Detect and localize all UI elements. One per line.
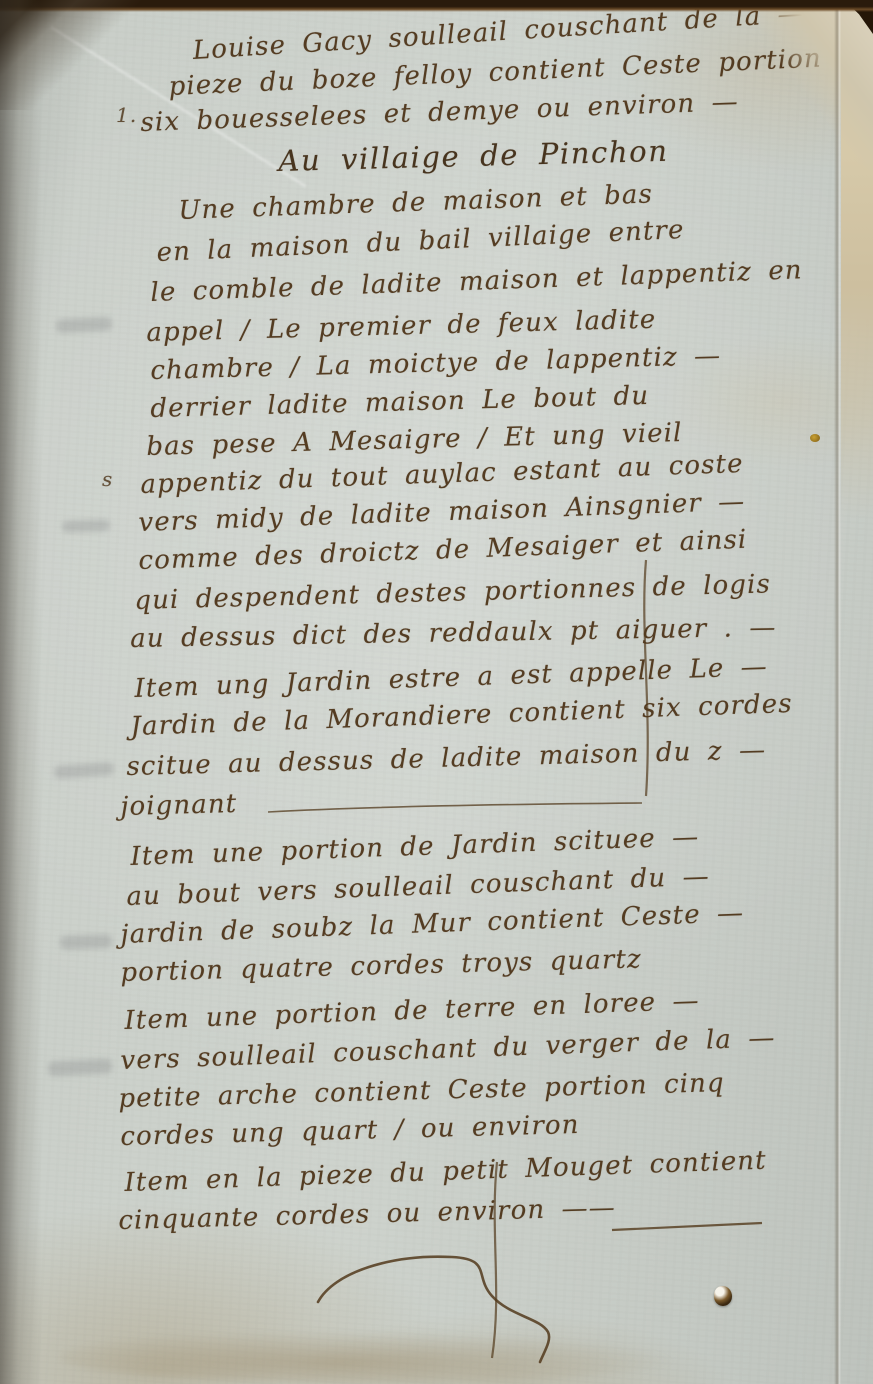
folded-corner-top-right [760,0,873,170]
bleed-through-mark [56,317,113,334]
manuscript-photo: Louise Gacy soulleail couschant de la ——… [0,0,873,1384]
page-edge-crease [834,0,841,1384]
paper-stain-bottom [60,1330,680,1384]
bleed-through-mark [62,519,110,533]
wormhole [714,1286,732,1306]
paper-speck [810,434,820,442]
bleed-through-mark [60,934,112,950]
manuscript-line: joignant [120,789,238,822]
margin-mark: s [102,464,113,494]
binding-shadow-left [0,0,42,1384]
